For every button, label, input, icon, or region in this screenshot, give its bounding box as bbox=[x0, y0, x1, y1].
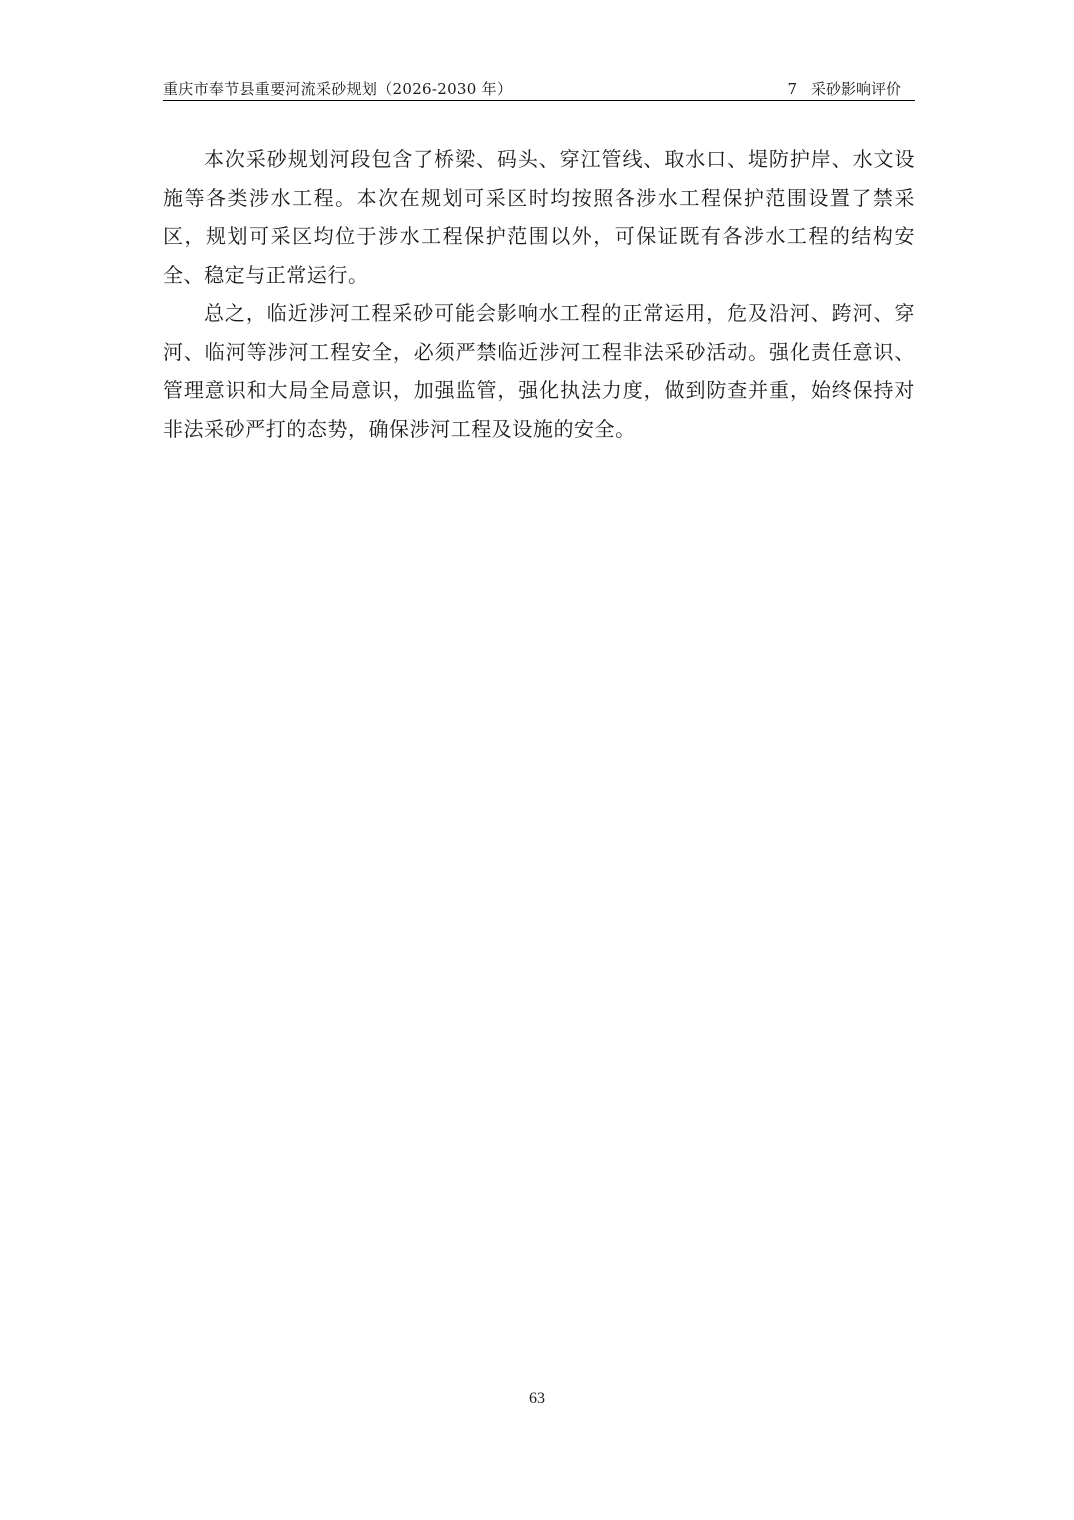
chapter-title: 采砂影响评价 bbox=[811, 80, 901, 98]
body-content: 本次采砂规划河段包含了桥梁、码头、穿江管线、取水口、堤防护岸、水文设施等各类涉水… bbox=[163, 140, 915, 448]
document-title: 重庆市奉节县重要河流采砂规划（2026-2030 年） bbox=[163, 78, 512, 99]
page-header: 重庆市奉节县重要河流采砂规划（2026-2030 年） 7采砂影响评价 bbox=[163, 76, 915, 101]
page-number: 63 bbox=[0, 1390, 1074, 1408]
paragraph: 总之，临近涉河工程采砂可能会影响水工程的正常运用，危及沿河、跨河、穿河、临河等涉… bbox=[163, 294, 915, 448]
chapter-heading: 7采砂影响评价 bbox=[787, 78, 901, 99]
paragraph: 本次采砂规划河段包含了桥梁、码头、穿江管线、取水口、堤防护岸、水文设施等各类涉水… bbox=[163, 140, 915, 294]
chapter-number: 7 bbox=[787, 80, 797, 98]
